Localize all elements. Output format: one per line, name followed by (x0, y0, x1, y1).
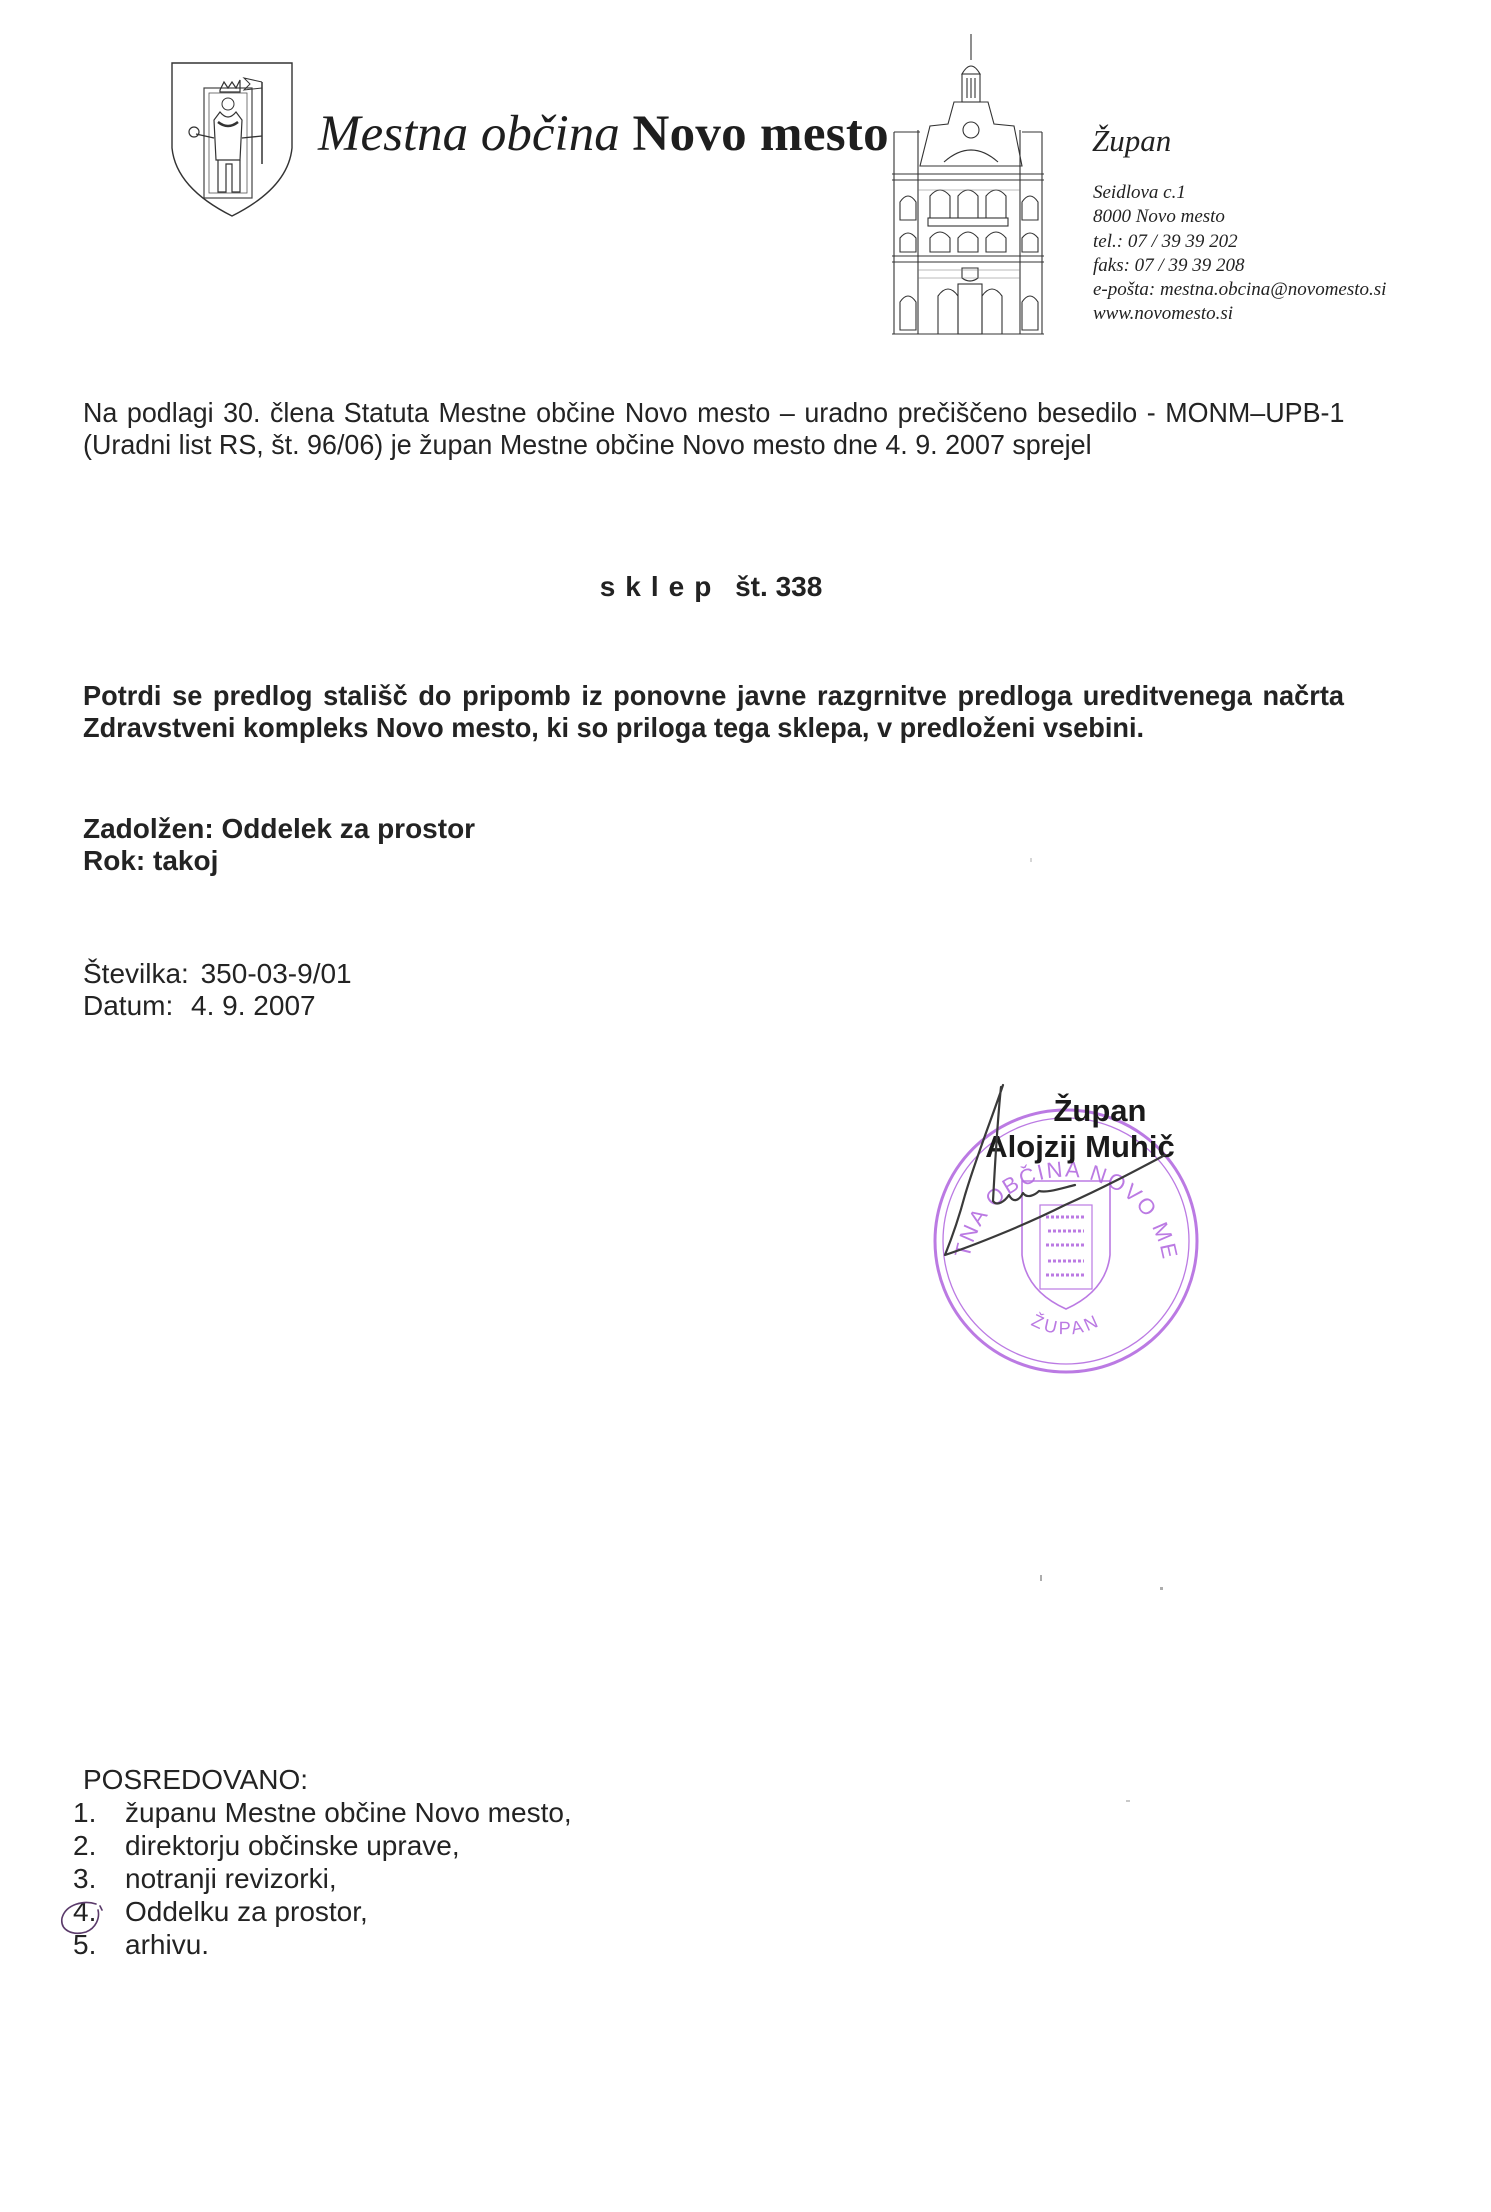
date-label: Datum: (83, 990, 173, 1021)
reference-block: Številka: 350-03-9/01 Datum: 4. 9. 2007 (83, 958, 352, 1021)
distribution-heading: POSREDOVANO: (83, 1763, 572, 1796)
date-line: Datum: 4. 9. 2007 (83, 990, 352, 1022)
address-email: e-pošta: mestna.obcina@novomesto.si (1093, 278, 1386, 302)
number-value: 350-03-9/01 (201, 958, 352, 989)
scan-speck (1030, 858, 1032, 862)
address-website: www.novomesto.si (1093, 302, 1386, 326)
resolution-number: št. 338 (735, 571, 822, 602)
list-item: 5.arhivu. (83, 1928, 572, 1961)
scan-speck (1160, 1587, 1163, 1590)
deadline-line: Rok: takoj (83, 845, 475, 877)
svg-text:ŽUPAN: ŽUPAN (1028, 1310, 1103, 1338)
list-item-number: 1. (73, 1796, 125, 1829)
date-value: 4. 9. 2007 (191, 990, 316, 1021)
list-item: 3.notranji revizorki, (83, 1862, 572, 1895)
list-item-text: Oddelku za prostor, (125, 1895, 368, 1928)
list-item: 2.direktorju občinske uprave, (83, 1829, 572, 1862)
number-label: Številka: (83, 958, 189, 989)
address-fax: faks: 07 / 39 39 208 (1093, 254, 1386, 278)
office-title: Župan (1092, 123, 1171, 159)
deadline-value: takoj (153, 845, 218, 876)
intro-paragraph: Na podlagi 30. člena Statuta Mestne obči… (83, 397, 1344, 460)
number-line: Številka: 350-03-9/01 (83, 958, 352, 990)
address-phone: tel.: 07 / 39 39 202 (1093, 230, 1386, 254)
list-item-number: 2. (73, 1829, 125, 1862)
handwritten-signature (935, 1075, 1175, 1275)
list-item-text: direktorju občinske uprave, (125, 1829, 460, 1862)
list-item-text: županu Mestne občine Novo mesto, (125, 1796, 572, 1829)
list-item-number: 3. (73, 1862, 125, 1895)
responsible-value: Oddelek za prostor (221, 813, 475, 844)
scan-speck (1040, 1575, 1042, 1581)
resolution-title: sklep št. 338 (0, 571, 1422, 603)
org-title-italic: Mestna občina (318, 106, 620, 162)
list-item-text: arhivu. (125, 1928, 209, 1961)
address-city: 8000 Novo mesto (1093, 205, 1386, 229)
address-street: Seidlova c.1 (1093, 181, 1386, 205)
stamp-bottom-text: ŽUPAN (1028, 1310, 1103, 1338)
responsible-label: Zadolžen: (83, 813, 214, 844)
resolution-title-word: sklep (600, 571, 722, 602)
coat-of-arms-icon (170, 60, 294, 218)
decision-paragraph: Potrdi se predlog stališč do pripomb iz … (83, 680, 1344, 743)
org-title-bold: Novo mesto (632, 106, 889, 162)
organization-title: Mestna občina Novo mesto (318, 104, 889, 164)
deadline-label: Rok: (83, 845, 145, 876)
handwritten-circle-mark (58, 1898, 108, 1938)
distribution-list: POSREDOVANO: 1.županu Mestne občine Novo… (83, 1763, 572, 1961)
list-item-text: notranji revizorki, (125, 1862, 337, 1895)
list-item: 1.županu Mestne občine Novo mesto, (83, 1796, 572, 1829)
responsible-line: Zadolžen: Oddelek za prostor (83, 813, 475, 845)
scan-speck (1126, 1800, 1130, 1802)
list-item: 4.Oddelku za prostor, (83, 1895, 572, 1928)
town-hall-icon (892, 34, 1065, 336)
assignment-block: Zadolžen: Oddelek za prostor Rok: takoj (83, 813, 475, 876)
contact-address: Seidlova c.1 8000 Novo mesto tel.: 07 / … (1093, 181, 1386, 327)
